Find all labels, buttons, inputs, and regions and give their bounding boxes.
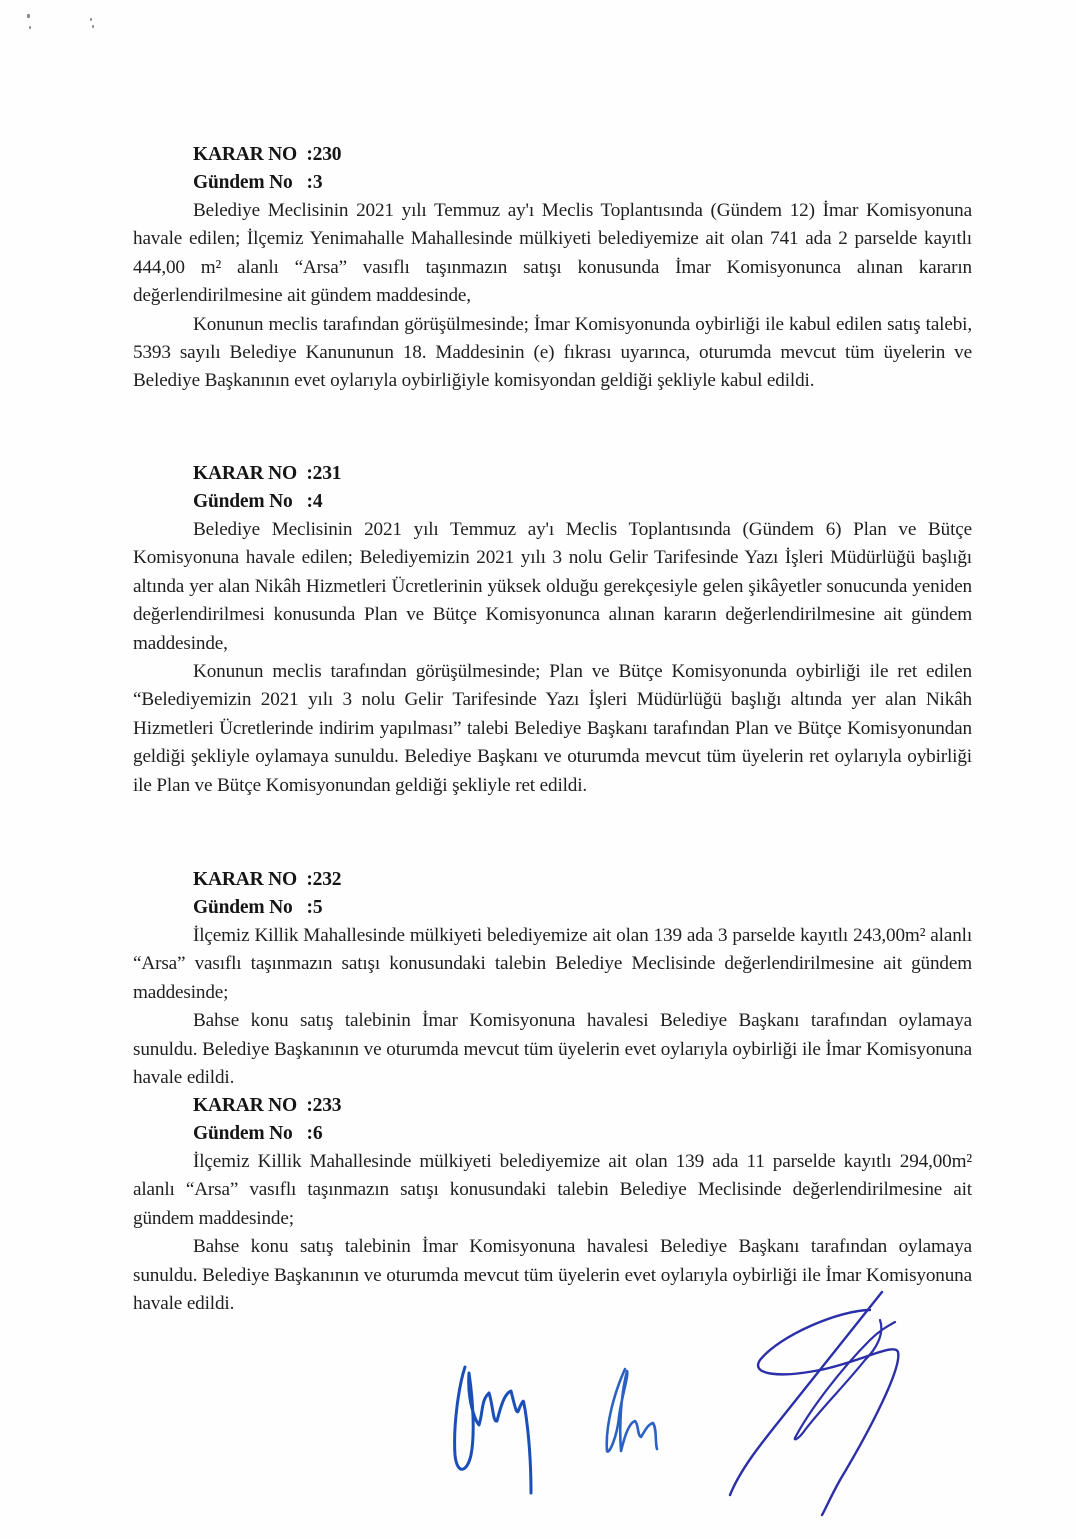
signature-1 <box>445 1345 555 1500</box>
karar-number: :233 <box>306 1095 341 1116</box>
decision-paragraph: İlçemiz Killik Mahallesinde mülkiyeti be… <box>133 922 972 1007</box>
gundem-label: Gündem No <box>193 169 293 197</box>
gundem-header: Gündem No :4 <box>193 488 972 516</box>
scan-artifacts <box>24 12 104 42</box>
decision-paragraph: Konunun meclis tarafından görüşülmesinde… <box>133 658 972 800</box>
decision-paragraph: Konunun meclis tarafından görüşülmesinde… <box>133 311 972 396</box>
karar-number: :230 <box>306 144 341 165</box>
karar-header: KARAR NO :231 <box>193 460 972 488</box>
karar-header: KARAR NO :232 <box>193 866 972 894</box>
decision-230: KARAR NO :230 Gündem No :3 Belediye Mecl… <box>133 141 972 396</box>
gundem-number: :5 <box>307 897 323 918</box>
gundem-label: Gündem No <box>193 894 293 922</box>
gundem-header: Gündem No :6 <box>193 1120 972 1148</box>
document-page: KARAR NO :230 Gündem No :3 Belediye Mecl… <box>0 0 1076 1539</box>
karar-number: :232 <box>306 869 341 890</box>
gundem-header: Gündem No :5 <box>193 894 972 922</box>
karar-label: KARAR NO <box>193 866 297 894</box>
gundem-number: :4 <box>307 491 323 512</box>
signature-3 <box>720 1280 940 1525</box>
decision-paragraph: Bahse konu satış talebinin İmar Komisyon… <box>133 1007 972 1092</box>
karar-label: KARAR NO <box>193 460 297 488</box>
karar-header: KARAR NO :230 <box>193 141 972 169</box>
signature-2 <box>595 1355 675 1460</box>
gundem-number: :3 <box>307 172 323 193</box>
gundem-number: :6 <box>307 1123 323 1144</box>
gundem-label: Gündem No <box>193 1120 293 1148</box>
decision-paragraph: İlçemiz Killik Mahallesinde mülkiyeti be… <box>133 1148 972 1233</box>
karar-label: KARAR NO <box>193 1092 297 1120</box>
decision-paragraph: Belediye Meclisinin 2021 yılı Temmuz ay'… <box>133 197 972 311</box>
gundem-header: Gündem No :3 <box>193 169 972 197</box>
karar-label: KARAR NO <box>193 141 297 169</box>
decision-231: KARAR NO :231 Gündem No :4 Belediye Mecl… <box>133 460 972 800</box>
decision-paragraph: Belediye Meclisinin 2021 yılı Temmuz ay'… <box>133 516 972 658</box>
gundem-label: Gündem No <box>193 488 293 516</box>
karar-header: KARAR NO :233 <box>193 1092 972 1120</box>
karar-number: :231 <box>306 463 341 484</box>
decision-232: KARAR NO :232 Gündem No :5 İlçemiz Killi… <box>133 866 972 1092</box>
